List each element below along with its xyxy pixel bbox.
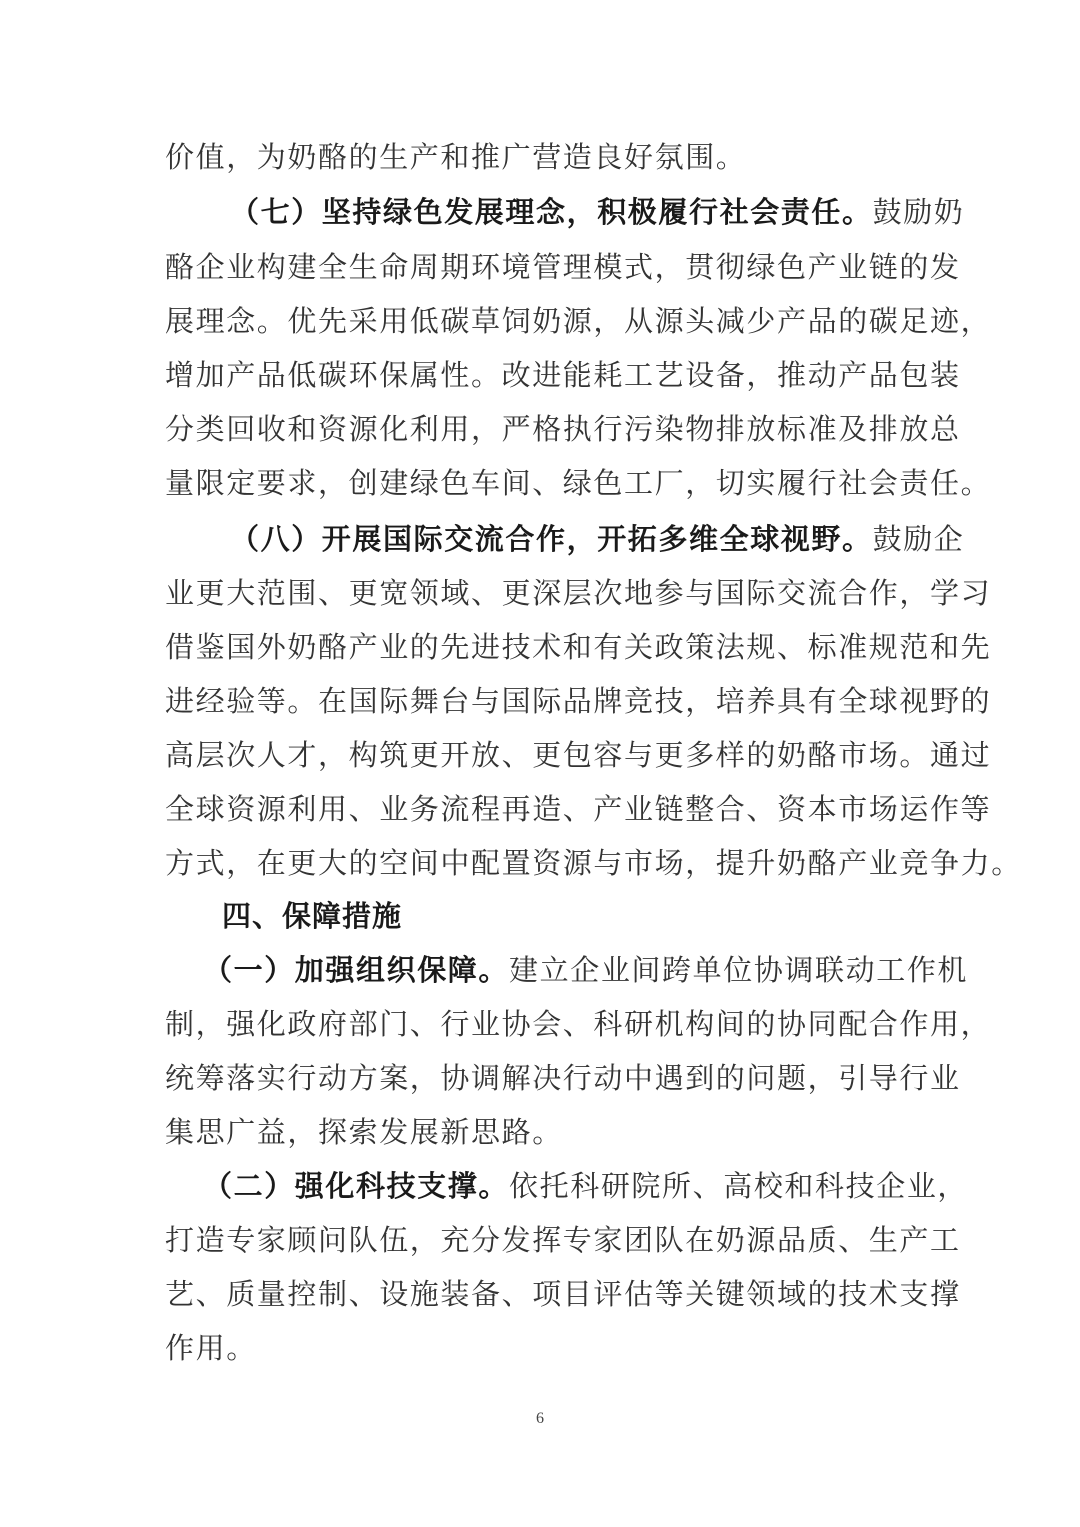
body-text: 量限定要求，创建绿色车间、绿色工厂，切实履行社会责任。 [165, 466, 991, 500]
body-text: 制，强化政府部门、行业协会、科研机构间的协同配合作用， [165, 1007, 991, 1041]
subsection-title-2: （二）强化科技支撑。 [203, 1169, 509, 1203]
paragraph-line: 进经验等。在国际舞台与国际品牌竞技，培养具有全球视野的 [165, 683, 917, 719]
body-text: 打造专家顾问队伍，充分发挥专家团队在奶源品质、生产工 [165, 1223, 961, 1257]
body-text: 价值，为奶酪的生产和推广营造良好氛围。 [165, 140, 746, 174]
page-number: 6 [0, 1410, 1080, 1428]
paragraph-line: 借鉴国外奶酪产业的先进技术和有关政策法规、标准规范和先 [165, 629, 917, 665]
section-heading: 四、保障措施 [222, 898, 402, 934]
paragraph-heading-line-7: （七）坚持绿色发展理念，积极履行社会责任。鼓励奶 [230, 194, 917, 230]
paragraph-line: 统筹落实行动方案，协调解决行动中遇到的问题，引导行业 [165, 1060, 917, 1096]
paragraph-line: 集思广益，探索发展新思路。 [165, 1114, 917, 1150]
paragraph-line: 量限定要求，创建绿色车间、绿色工厂，切实履行社会责任。 [165, 465, 917, 501]
body-text: 高层次人才，构筑更开放、更包容与更多样的奶酪市场。通过 [165, 738, 991, 772]
body-text: 方式，在更大的空间中配置资源与市场，提升奶酪产业竞争力。 [165, 846, 1022, 880]
body-text: 建立企业间跨单位协调联动工作机 [509, 953, 968, 987]
document-page: 价值，为奶酪的生产和推广营造良好氛围。 （七）坚持绿色发展理念，积极履行社会责任… [0, 0, 1080, 1527]
paragraph-line: 制，强化政府部门、行业协会、科研机构间的协同配合作用， [165, 1006, 917, 1042]
paragraph-line: 业更大范围、更宽领域、更深层次地参与国际交流合作，学习 [165, 575, 917, 611]
body-text: 增加产品低碳环保属性。改进能耗工艺设备，推动产品包装 [165, 358, 961, 392]
paragraph-line: 展理念。优先采用低碳草饲奶源，从源头减少产品的碳足迹， [165, 303, 917, 339]
subsection-title-8: （八）开展国际交流合作，开拓多维全球视野。 [230, 522, 873, 556]
paragraph-line: 分类回收和资源化利用，严格执行污染物排放标准及排放总 [165, 411, 917, 447]
subsection-title-7: （七）坚持绿色发展理念，积极履行社会责任。 [230, 195, 873, 229]
body-text: 借鉴国外奶酪产业的先进技术和有关政策法规、标准规范和先 [165, 630, 991, 664]
subsection-title-1: （一）加强组织保障。 [203, 953, 509, 987]
body-text: 集思广益，探索发展新思路。 [165, 1115, 563, 1149]
body-text: 分类回收和资源化利用，严格执行污染物排放标准及排放总 [165, 412, 961, 446]
body-text: 统筹落实行动方案，协调解决行动中遇到的问题，引导行业 [165, 1061, 961, 1095]
paragraph-line: 高层次人才，构筑更开放、更包容与更多样的奶酪市场。通过 [165, 737, 917, 773]
body-text: 业更大范围、更宽领域、更深层次地参与国际交流合作，学习 [165, 576, 991, 610]
body-text: 鼓励奶 [873, 195, 965, 229]
paragraph-line: 打造专家顾问队伍，充分发挥专家团队在奶源品质、生产工 [165, 1222, 917, 1258]
body-text: 酪企业构建全生命周期环境管理模式，贯彻绿色产业链的发 [165, 250, 961, 284]
paragraph-line: 增加产品低碳环保属性。改进能耗工艺设备，推动产品包装 [165, 357, 917, 393]
body-text: 鼓励企 [873, 522, 965, 556]
body-text: 艺、质量控制、设施装备、项目评估等关键领域的技术支撑 [165, 1277, 961, 1311]
body-text: 展理念。优先采用低碳草饲奶源，从源头减少产品的碳足迹， [165, 304, 991, 338]
paragraph-line: 全球资源利用、业务流程再造、产业链整合、资本市场运作等 [165, 791, 917, 827]
paragraph-heading-line-1: （一）加强组织保障。建立企业间跨单位协调联动工作机 [203, 952, 917, 988]
paragraph-line: 价值，为奶酪的生产和推广营造良好氛围。 [165, 139, 917, 175]
body-text: 作用。 [165, 1331, 257, 1365]
body-text: 进经验等。在国际舞台与国际品牌竞技，培养具有全球视野的 [165, 684, 991, 718]
paragraph-heading-line-2: （二）强化科技支撑。依托科研院所、高校和科技企业， [203, 1168, 917, 1204]
paragraph-heading-line-8: （八）开展国际交流合作，开拓多维全球视野。鼓励企 [230, 521, 917, 557]
body-text: 依托科研院所、高校和科技企业， [509, 1169, 968, 1203]
paragraph-line: 作用。 [165, 1330, 917, 1366]
paragraph-line: 方式，在更大的空间中配置资源与市场，提升奶酪产业竞争力。 [165, 845, 917, 881]
body-text: 全球资源利用、业务流程再造、产业链整合、资本市场运作等 [165, 792, 991, 826]
paragraph-line: 酪企业构建全生命周期环境管理模式，贯彻绿色产业链的发 [165, 249, 917, 285]
paragraph-line: 艺、质量控制、设施装备、项目评估等关键领域的技术支撑 [165, 1276, 917, 1312]
